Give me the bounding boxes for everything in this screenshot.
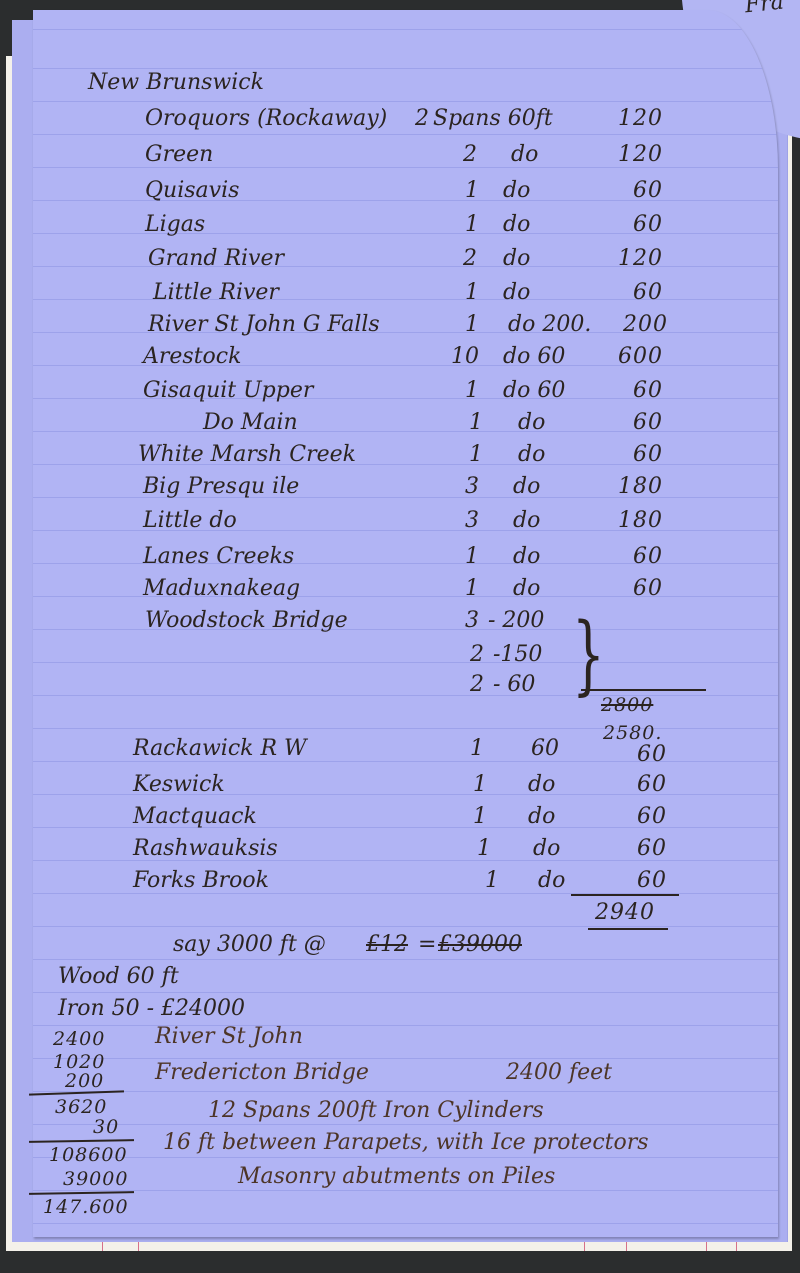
span-count: 1 (485, 870, 499, 892)
note-line: Masonry abutments on Piles (238, 1166, 555, 1188)
span-unit: do (513, 476, 540, 498)
span-unit: do (511, 144, 538, 166)
row-total: 60 (637, 838, 667, 860)
sum-multiplier: 30 (93, 1118, 119, 1137)
bridge-name: Maduxnakeag (143, 578, 300, 600)
row-total: 60 (637, 806, 667, 828)
row-total: 60 (633, 412, 663, 434)
subtotal: 2580. (603, 724, 662, 743)
bridge-name: Do Main (203, 412, 298, 434)
row-total: 60 (633, 546, 663, 568)
span-count: 1 (469, 412, 483, 434)
span-unit: do (513, 510, 540, 532)
bridge-name: River St John G Falls (148, 314, 380, 336)
estimate-equals: = (418, 934, 436, 956)
underline-rule (571, 894, 679, 896)
bridge-length: 2400 feet (506, 1062, 612, 1084)
note-line: 16 ft between Parapets, with Ice protect… (163, 1132, 649, 1154)
span-count: 1 (465, 578, 479, 600)
span-unit: do (538, 870, 565, 892)
span-count: 3 (465, 610, 479, 632)
row-total: 60 (637, 744, 667, 766)
sum-product: 108600 (49, 1146, 128, 1165)
span-count: 1 (465, 546, 479, 568)
bridge-name: Green (145, 144, 213, 166)
span-length: - 200 (488, 610, 544, 632)
row-total: 60 (637, 774, 667, 796)
span-unit: do 200. (508, 314, 591, 336)
row-total: 120 (618, 248, 663, 270)
span-count: 3 (465, 476, 479, 498)
span-count: 1 (465, 214, 479, 236)
span-count: 1 (470, 738, 484, 760)
span-unit: do (503, 248, 530, 270)
bridge-name: Lanes Creeks (143, 546, 294, 568)
estimate-rate-struck: £12 (366, 934, 408, 956)
bridge-name: Oroquors (Rockaway) (145, 108, 387, 130)
row-total: 60 (633, 214, 663, 236)
brace-bracket: } (572, 612, 605, 698)
span-unit: Spans 60ft (433, 108, 553, 130)
span-count: 2 (470, 674, 484, 696)
underline-rule (29, 1139, 134, 1142)
span-unit: do (503, 214, 530, 236)
estimate-say: say 3000 ft @ (173, 934, 326, 956)
bridge-name: Mactquack (133, 806, 257, 828)
row-total: 120 (618, 108, 663, 130)
bridge-name: Little River (153, 282, 279, 304)
span-count: 10 (451, 346, 479, 368)
note-line: Fredericton Bridge (155, 1062, 369, 1084)
span-count: 1 (465, 282, 479, 304)
bridge-name: Arestock (143, 346, 241, 368)
span-count: 2 (470, 644, 484, 666)
sum-subtotal: 3620 (55, 1098, 107, 1117)
row-total: 120 (618, 144, 663, 166)
row-total: 600 (618, 346, 663, 368)
page-heading: New Brunswick (88, 72, 264, 94)
sum-value: 2400 (53, 1030, 105, 1049)
row-total: 60 (633, 282, 663, 304)
span-unit: do 60 (503, 346, 565, 368)
bridge-name: Woodstock Bridge (145, 610, 348, 632)
struck-subtotal: 2800 (601, 696, 653, 715)
span-count: 1 (473, 774, 487, 796)
underline-rule (29, 1191, 134, 1194)
material-wood: Wood 60 ft (58, 966, 179, 988)
note-line: 12 Spans 200ft Iron Cylinders (208, 1100, 544, 1122)
span-count: 1 (477, 838, 491, 860)
span-unit: do (518, 412, 545, 434)
span-unit: do 60 (503, 380, 565, 402)
underline-rule (581, 689, 706, 691)
estimate-amount-struck: £39000 (438, 934, 522, 956)
span-count: 3 (465, 510, 479, 532)
span-count: 1 (473, 806, 487, 828)
bridge-name: Quisavis (145, 180, 239, 202)
span-unit: 60 (531, 738, 559, 760)
span-length: - 60 (493, 674, 535, 696)
row-total: 60 (633, 380, 663, 402)
span-unit: do (528, 774, 555, 796)
row-total: 180 (618, 476, 663, 498)
bridge-name: Keswick (133, 774, 225, 796)
bridge-name: Rackawick R W (133, 738, 307, 760)
span-count: 1 (465, 314, 479, 336)
span-length: -150 (493, 644, 542, 666)
underline-rule (29, 1090, 124, 1095)
corner-scrawl: Fra (744, 0, 785, 18)
span-unit: do (528, 806, 555, 828)
sum-add: 39000 (63, 1170, 128, 1189)
sum-total: 147.600 (43, 1198, 129, 1217)
manuscript-page: New Brunswick Oroquors (Rockaway) 2 Span… (33, 10, 778, 1237)
span-count: 1 (469, 444, 483, 466)
underline-rule (588, 928, 668, 930)
bridge-name: Gisaquit Upper (143, 380, 313, 402)
span-unit: do (503, 282, 530, 304)
row-total: 60 (633, 444, 663, 466)
grand-total: 2940 (595, 902, 655, 924)
bridge-name: White Marsh Creek (138, 444, 356, 466)
bridge-name: Big Presqu ile (143, 476, 299, 498)
row-total: 60 (637, 870, 667, 892)
span-unit: do (513, 546, 540, 568)
span-count: 2 (463, 248, 477, 270)
span-unit: do (503, 180, 530, 202)
note-line: River St John (155, 1026, 303, 1048)
span-count: 2 (463, 144, 477, 166)
row-total: 200 (623, 314, 668, 336)
span-count: 2 (415, 108, 429, 130)
row-total: 60 (633, 578, 663, 600)
span-count: 1 (465, 380, 479, 402)
material-iron: Iron 50 - £24000 (58, 998, 245, 1020)
row-total: 180 (618, 510, 663, 532)
bridge-name: Rashwauksis (133, 838, 278, 860)
span-count: 1 (465, 180, 479, 202)
bridge-name: Forks Brook (133, 870, 269, 892)
bridge-name: Ligas (145, 214, 205, 236)
span-unit: do (518, 444, 545, 466)
row-total: 60 (633, 180, 663, 202)
span-unit: do (533, 838, 560, 860)
span-unit: do (513, 578, 540, 600)
bridge-name: Grand River (148, 248, 284, 270)
bridge-name: Little do (143, 510, 237, 532)
sum-value: 200 (65, 1072, 104, 1091)
